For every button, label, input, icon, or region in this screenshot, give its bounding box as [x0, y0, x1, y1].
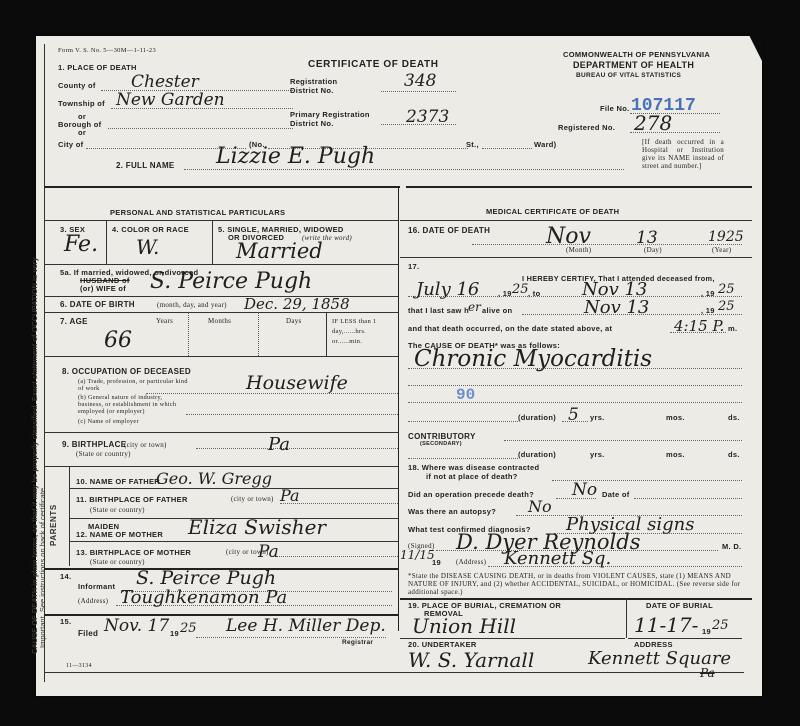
dob-label: 6. DATE OF BIRTH [60, 300, 135, 309]
registrar-label: Registrar [342, 639, 373, 646]
physician-address-label: (Address) [456, 558, 486, 566]
full-name-value: Lizzie E. Pugh [216, 144, 375, 169]
registered-no-value: 278 [634, 111, 672, 135]
month-hint: (Month) [566, 246, 591, 254]
item-15-number: 15. [60, 617, 71, 626]
death-time-label: and that death occurred, on the date sta… [408, 324, 612, 333]
father-birthplace-value: Pa [280, 486, 300, 505]
attended-to-year: 25 [718, 282, 735, 297]
age-years-label: Years [156, 317, 173, 325]
mother-birthplace-hint-2: (State or country) [90, 558, 145, 566]
parents-label: PARENTS [49, 504, 58, 546]
occupation-a-label: (a) Trade, profession, or particular kin… [78, 378, 188, 392]
age-less-than-day: IF LESS than 1 day,......hrs. or......mi… [332, 317, 392, 347]
contributory-mos-label: mos. [666, 450, 685, 459]
last-saw-label: that I last saw h [408, 306, 469, 315]
burial-year-value: 25 [712, 618, 729, 633]
contributory-duration-label: (duration) [518, 450, 556, 459]
day-hint: (Day) [644, 246, 662, 254]
signature-year-label: 19 [432, 558, 441, 567]
item-18-label-2: if not at place of death? [426, 472, 518, 481]
primary-registration-label: Primary Registration District No. [290, 110, 370, 128]
filed-label: Filed [78, 629, 98, 638]
mos-label: mos. [666, 413, 685, 422]
occupation-c-label: (c) Name of employer [78, 418, 139, 425]
certificate-title: CERTIFICATE OF DEATH [308, 59, 439, 70]
color-label: 4. COLOR OR RACE [112, 225, 189, 234]
year-hint: (Year) [712, 246, 731, 254]
dob-hint: (month, day, and year) [157, 301, 227, 309]
occupation-label: 8. OCCUPATION OF DECEASED [62, 367, 191, 376]
age-days-label: Days [286, 317, 302, 325]
date-of-label: Date of [602, 490, 630, 499]
yrs-label: yrs. [590, 413, 605, 422]
informant-address-label: (Address) [78, 597, 108, 605]
ward-label: Ward) [534, 140, 556, 149]
undertaker-address-state: Pa [700, 666, 715, 680]
attended-from-value: July 16 [416, 279, 479, 300]
age-label: 7. AGE [60, 317, 88, 326]
last-saw-value: Nov 13 [584, 297, 649, 318]
age-months-label: Months [208, 317, 231, 325]
contributory-yrs-label: yrs. [590, 450, 605, 459]
burial-year-prefix: 19 [702, 627, 711, 636]
mother-name-label: 12. NAME OF MOTHER [76, 530, 163, 539]
spouse-value: S. Peirce Pugh [150, 269, 312, 294]
date-of-death-label: 16. DATE OF DEATH [408, 226, 490, 235]
md-label: M. D. [722, 542, 741, 551]
burial-date-value: 11-17- [634, 613, 698, 637]
street-label: St., [466, 140, 479, 149]
duration-label: (duration) [518, 413, 556, 422]
form-code: 11—3134 [66, 663, 92, 669]
alive-on-label: alive on [482, 306, 512, 315]
father-birthplace-hint-2: (State or country) [90, 506, 145, 514]
margin-instruction-2: Important. See instructions on back of c… [38, 486, 47, 648]
secondary-label: (SECONDARY) [420, 441, 462, 447]
undertaker-value: W. S. Yarnall [408, 648, 534, 672]
agency-bureau: BUREAU OF VITAL STATISTICS [576, 72, 681, 79]
personal-section-title: PERSONAL AND STATISTICAL PARTICULARS [110, 208, 285, 217]
date-of-death-year: 1925 [708, 229, 744, 245]
signature-date: 11/15 [400, 548, 435, 562]
last-saw-year: 25 [718, 299, 735, 314]
sex-value: Fe. [64, 232, 98, 257]
contributory-label: CONTRIBUTORY [408, 432, 476, 441]
autopsy-value: No [528, 497, 552, 516]
duration-years-value: 5 [568, 405, 579, 425]
father-birthplace-label: 11. BIRTHPLACE OF FATHER [76, 495, 188, 504]
or-text: or [78, 128, 86, 137]
cause-footnote: *State the DISEASE CAUSING DEATH, or in … [408, 572, 748, 596]
dob-value: Dec. 29, 1858 [244, 295, 350, 313]
last-saw-pronoun: er [468, 300, 481, 314]
date-of-death-day: 13 [636, 228, 658, 248]
item-14-number: 14. [60, 572, 71, 581]
hospital-note: [If death occurred in a Hospital or Inst… [642, 138, 724, 170]
ds-label: ds. [728, 413, 740, 422]
operation-label: Did an operation precede death? [408, 490, 534, 499]
father-name-value: Geo. W. Gregg [156, 469, 272, 488]
birthplace-hint: (city or town) [124, 441, 167, 449]
birthplace-hint-2: (State or country) [76, 450, 131, 458]
informant-address-value: Toughkenamon Pa [120, 587, 287, 608]
township-value: New Garden [116, 90, 225, 110]
primary-registration-value: 2373 [406, 107, 449, 127]
form-number: Form V. S. No. 5—30M—1-11-23 [58, 47, 156, 54]
county-label: County of [58, 81, 96, 90]
burial-date-label: DATE OF BURIAL [646, 601, 713, 610]
township-label: Township of [58, 99, 105, 108]
registration-district-value: 348 [404, 71, 436, 91]
father-birthplace-hint: (city or town) [231, 495, 274, 503]
m-label: m. [728, 324, 737, 333]
informant-value: S. Peirce Pugh [136, 567, 276, 589]
physician-address-value: Kennett Sq. [504, 548, 611, 569]
mother-birthplace-value: Pa [258, 542, 279, 562]
father-name-label: 10. NAME OF FATHER [76, 477, 160, 486]
death-time-value: 4:15 P. [674, 317, 724, 335]
burial-place-value: Union Hill [412, 614, 516, 638]
filed-date-value: Nov. 17 [104, 616, 169, 636]
operation-value: No [572, 480, 597, 500]
cause-of-death-value: Chronic Myocarditis [414, 346, 652, 372]
birthplace-value: Pa [268, 434, 290, 455]
mother-birthplace-label: 13. BIRTHPLACE OF MOTHER [76, 548, 191, 557]
wife-of-label: (or) WIFE of [80, 284, 126, 293]
city-label: City of [58, 140, 83, 149]
birthplace-label: 9. BIRTHPLACE [62, 440, 126, 449]
registered-no-label: Registered No. [558, 123, 615, 132]
filed-year-prefix: 19 [170, 629, 179, 638]
occupation-b-label: (b) General nature of industry, business… [78, 394, 188, 415]
agency-commonwealth: COMMONWEALTH OF PENNSYLVANIA [563, 50, 710, 59]
age-value: 66 [104, 328, 132, 353]
registration-district-label: Registration District No. [290, 77, 337, 95]
full-name-label: 2. FULL NAME [116, 161, 175, 170]
occupation-value: Housewife [246, 372, 348, 394]
agency-department: DEPARTMENT OF HEALTH [573, 60, 694, 70]
informant-label: Informant [78, 582, 115, 591]
marital-value: Married [236, 239, 323, 263]
file-no-label: File No. [600, 104, 630, 113]
contributory-ds-label: ds. [728, 450, 740, 459]
autopsy-label: Was there an autopsy? [408, 507, 496, 516]
to-year-prefix: , 19 [701, 289, 715, 298]
medical-section-title: MEDICAL CERTIFICATE OF DEATH [486, 207, 619, 216]
item-18-label: 18. Where was disease contracted [408, 463, 539, 472]
county-value: Chester [131, 72, 199, 92]
registrar-signature: Lee H. Miller Dep. [226, 616, 386, 636]
from-year-prefix: , 19 [498, 289, 512, 298]
item-17-number: 17. [408, 262, 419, 271]
attended-from-year: 25 [512, 282, 529, 297]
mother-name-value: Eliza Swisher [188, 515, 326, 539]
place-of-death-label: 1. PLACE OF DEATH [58, 63, 137, 72]
to-label: , to [528, 289, 540, 298]
filed-year-value: 25 [180, 621, 197, 636]
color-value: W. [136, 235, 159, 259]
last-saw-year-prefix: , 19 [701, 306, 715, 315]
death-certificate: CAUSE OF DEATH in plain terms, so that i… [36, 36, 762, 696]
